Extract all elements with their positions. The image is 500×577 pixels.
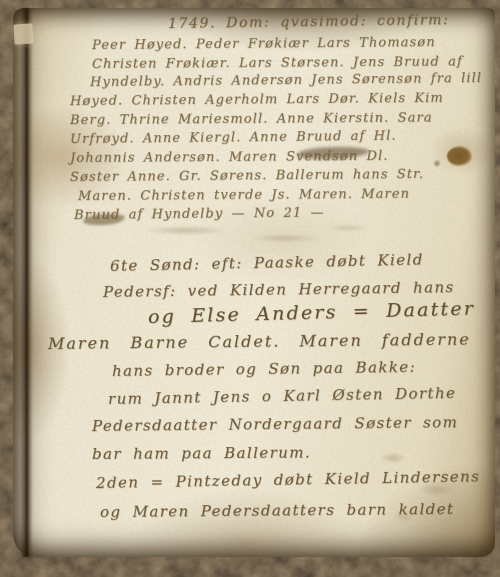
manuscript-line: hans broder og Søn paa Bakke: xyxy=(112,358,416,380)
manuscript-line: Maren. Christen tverde Js. Maren. Maren xyxy=(78,187,410,204)
manuscript-line: Peer Høyed. Peder Frøkiær Lars Thomasøn xyxy=(92,35,436,53)
year-heading: 1749. Dom: qvasimod: confirm: xyxy=(168,12,450,32)
manuscript-line: Johannis Andersøn. Maren Svendsøn Dl. xyxy=(70,149,389,166)
manuscript-line: Pedersf: ved Kilden Herregaard hans xyxy=(103,278,455,301)
manuscript-line: Maren Barne Caldet. Maren fadderne xyxy=(48,330,471,353)
manuscript-line: Høyed. Christen Agerholm Lars Dør. Kiels… xyxy=(70,91,444,109)
manuscript-line: rum Jannt Jens o Karl Østen Dorthe xyxy=(108,384,457,408)
manuscript-photo: 1749. Dom: qvasimod: confirm: Peer Høyed… xyxy=(0,0,500,577)
manuscript-line: Hyndelby. Andris Andersøn Jens Sørensøn … xyxy=(90,71,482,90)
manuscript-line: Søster Anne. Gr. Sørens. Ballerum hans S… xyxy=(70,167,424,185)
manuscript-line: 6te Sønd: eft: Paaske døbt Kield xyxy=(110,250,424,275)
manuscript-line: Berg. Thrine Mariesmoll. Anne Kierstin. … xyxy=(70,110,433,128)
handwritten-text-layer: 1749. Dom: qvasimod: confirm: Peer Høyed… xyxy=(0,0,500,577)
manuscript-line: bar ham paa Ballerum. xyxy=(92,443,311,463)
manuscript-line: Urfrøyd. Anne Kiergl. Anne Bruud af Hl. xyxy=(70,129,397,147)
manuscript-line: Pedersdaatter Nordergaard Søster som xyxy=(92,413,458,435)
manuscript-line: og Else Anders = Daatter xyxy=(148,297,476,328)
manuscript-line: og Maren Pedersdaatters barn kaldet xyxy=(100,500,455,521)
manuscript-line: Christen Frøkiær. Lars Størsen. Jens Bru… xyxy=(92,54,463,72)
manuscript-line: Bruud af Hyndelby — No 21 — xyxy=(74,205,325,223)
manuscript-line: 2den = Pintzeday døbt Kield Lindersens xyxy=(96,467,480,492)
